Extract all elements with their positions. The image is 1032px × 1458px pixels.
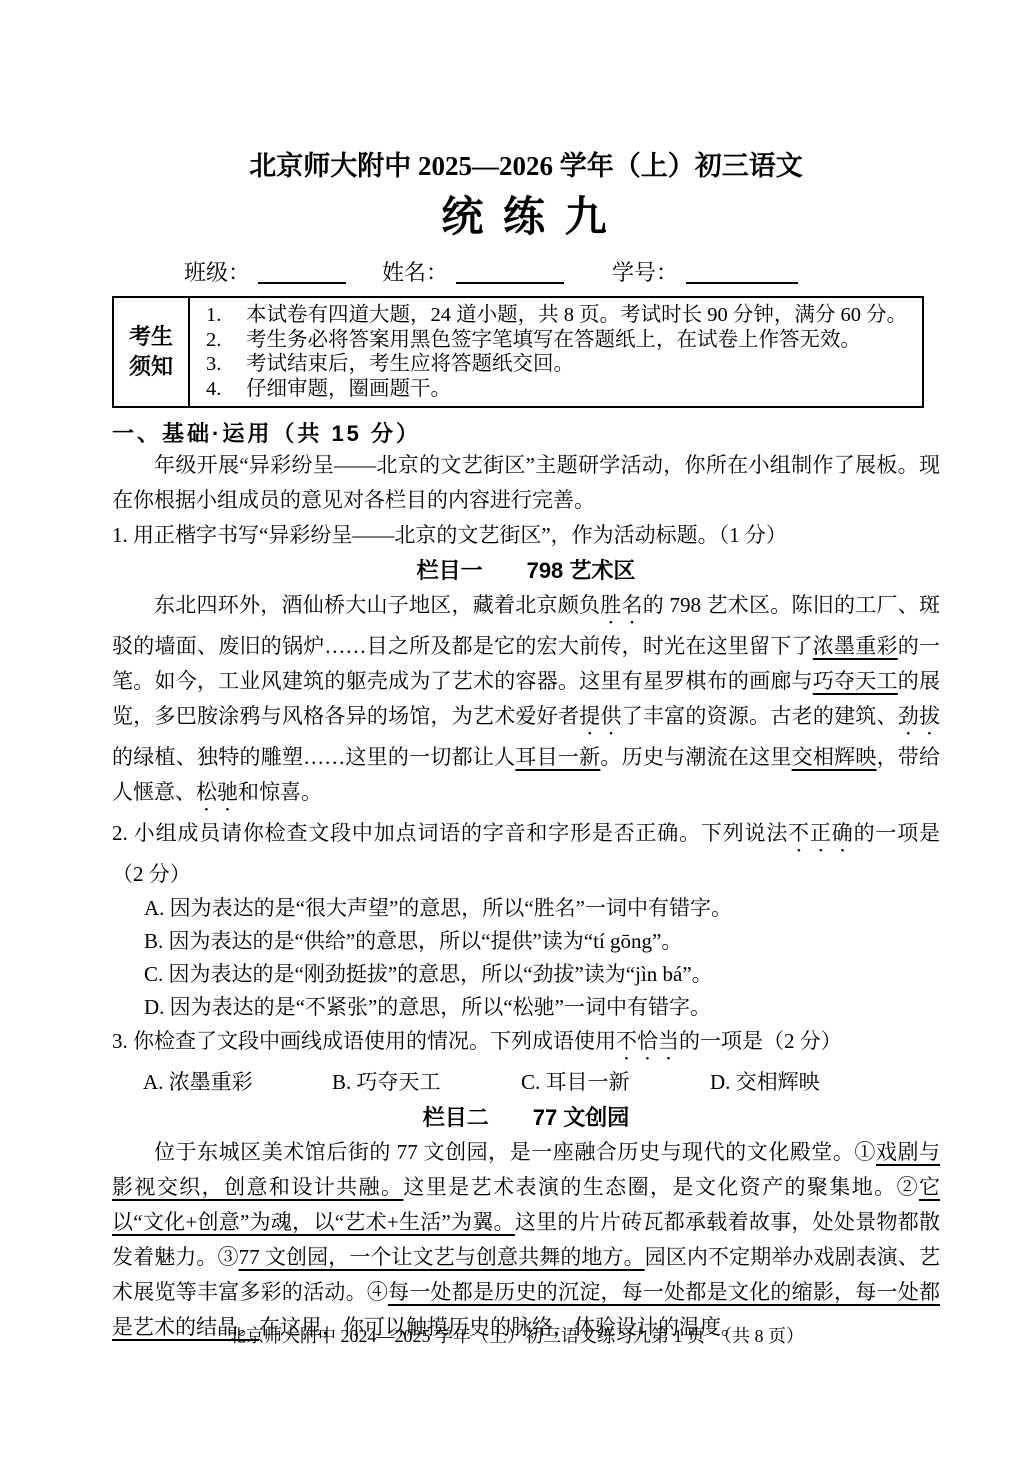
question-2-stem: 2. 小组成员请你检查文段中加点词语的字音和字形是否正确。下列说法不正确的一项是… (112, 816, 940, 892)
q2-option-b: B. 因为表达的是“供给”的意思，所以“提供”读为“tí gōng”。 (112, 925, 940, 958)
notice-label-line2: 须知 (129, 352, 173, 382)
exam-page: 北京师大附中 2025—2026 学年（上）初三语文 统 练 九 班级：姓名：学… (0, 0, 1032, 1458)
notice-body: 1. 本试卷有四道大题，24 道小题，共 8 页。考试时长 90 分钟，满分 6… (190, 298, 922, 406)
section-one-heading: 一、基础·运用（共 15 分） (112, 420, 940, 448)
notice-item-number: 3. (206, 352, 246, 377)
notice-item-text: 本试卷有四道大题，24 道小题，共 8 页。考试时长 90 分钟，满分 60 分… (246, 303, 907, 328)
page-footer: 北京师大附中 2024—2025 学年（上）初三语文练习九第 1 页 （共 8 … (0, 1322, 1032, 1348)
notice-box: 考生 须知 1. 本试卷有四道大题，24 道小题，共 8 页。考试时长 90 分… (112, 296, 924, 408)
question-2-options: A. 因为表达的是“很大声望”的意思，所以“胜名”一词中有错字。 B. 因为表达… (112, 892, 940, 1024)
class-blank-line (258, 260, 346, 284)
notice-item: 2. 考生务必将答案用黑色签字笔填写在答题纸上，在试卷上作答无效。 (206, 328, 914, 353)
school-title: 北京师大附中 2025—2026 学年（上）初三语文 (112, 150, 940, 182)
q2-option-a: A. 因为表达的是“很大声望”的意思，所以“胜名”一词中有错字。 (112, 892, 940, 925)
question-1: 1. 用正楷字书写“异彩纷呈——北京的文艺街区”，作为活动标题。（1 分） (112, 518, 940, 553)
column1-heading: 栏目一 798 艺术区 (112, 553, 940, 588)
notice-label: 考生 须知 (114, 298, 190, 406)
class-label: 班级： (184, 260, 250, 285)
column1-paragraph: 东北四环外，酒仙桥大山子地区，藏着北京颇负胜名的 798 艺术区。陈旧的工厂、斑… (112, 588, 940, 816)
notice-item-number: 1. (206, 303, 246, 328)
q3-option-d: D. 交相辉映 (710, 1065, 820, 1100)
q3-option-a: A. 浓墨重彩 (143, 1065, 332, 1100)
notice-item: 4. 仔细审题，圈画题干。 (206, 377, 914, 402)
notice-label-line1: 考生 (129, 322, 173, 352)
notice-item-number: 4. (206, 377, 246, 402)
column2-heading: 栏目二 77 文创园 (112, 1100, 940, 1135)
exam-title: 统 练 九 (112, 192, 940, 242)
notice-item-text: 仔细审题，圈画题干。 (246, 377, 451, 402)
q3-option-c: C. 耳目一新 (521, 1065, 710, 1100)
notice-item-text: 考试结束后，考生应将答题纸交回。 (246, 352, 574, 377)
q2-option-c: C. 因为表达的是“刚劲挺拔”的意思，所以“劲拔”读为“jìn bá”。 (112, 958, 940, 991)
intro-paragraph: 年级开展“异彩纷呈——北京的文艺街区”主题研学活动，你所在小组制作了展板。现在你… (112, 448, 940, 518)
notice-item-number: 2. (206, 328, 246, 353)
notice-item: 3. 考试结束后，考生应将答题纸交回。 (206, 352, 914, 377)
name-label: 姓名： (382, 260, 448, 285)
notice-item-text: 考生务必将答案用黑色签字笔填写在答题纸上，在试卷上作答无效。 (246, 328, 861, 353)
column2-paragraph: 位于东城区美术馆后街的 77 文创园，是一座融合历史与现代的文化殿堂。①戏剧与影… (112, 1135, 940, 1345)
q3-option-b: B. 巧夺天工 (332, 1065, 521, 1100)
id-blank-line (686, 260, 798, 284)
notice-item: 1. 本试卷有四道大题，24 道小题，共 8 页。考试时长 90 分钟，满分 6… (206, 303, 914, 328)
question-3-stem: 3. 你检查了文段中画线成语使用的情况。下列成语使用不恰当的一项是（2 分） (112, 1024, 940, 1065)
id-label: 学号： (612, 260, 678, 285)
student-info-row: 班级：姓名：学号： (112, 256, 940, 286)
question-3-options: A. 浓墨重彩 B. 巧夺天工 C. 耳目一新 D. 交相辉映 (112, 1065, 940, 1100)
q2-option-d: D. 因为表达的是“不紧张”的意思，所以“松驰”一词中有错字。 (112, 991, 940, 1024)
name-blank-line (456, 260, 564, 284)
